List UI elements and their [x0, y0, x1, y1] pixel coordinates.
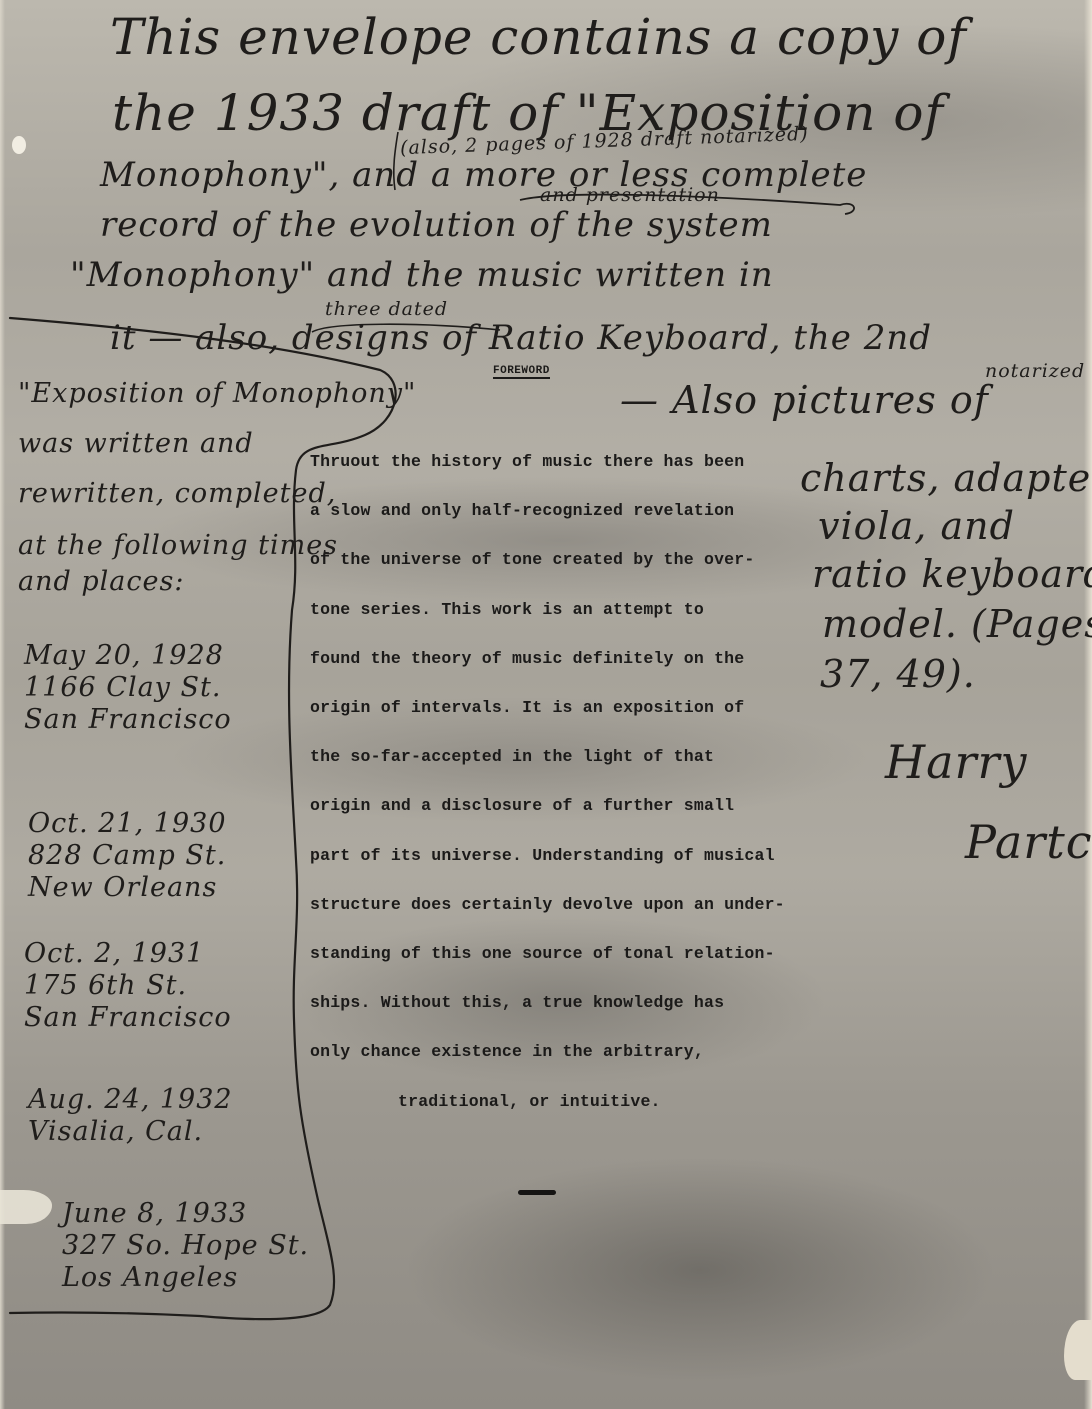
insert-underline-presentation	[520, 195, 854, 214]
insert-caret-1928	[394, 132, 398, 190]
margin-bracket	[10, 318, 396, 1319]
document-page: This envelope contains a copy of the 193…	[0, 0, 1092, 1409]
insert-underline-three-dated	[312, 324, 500, 332]
bracket-lines	[0, 0, 1092, 1409]
